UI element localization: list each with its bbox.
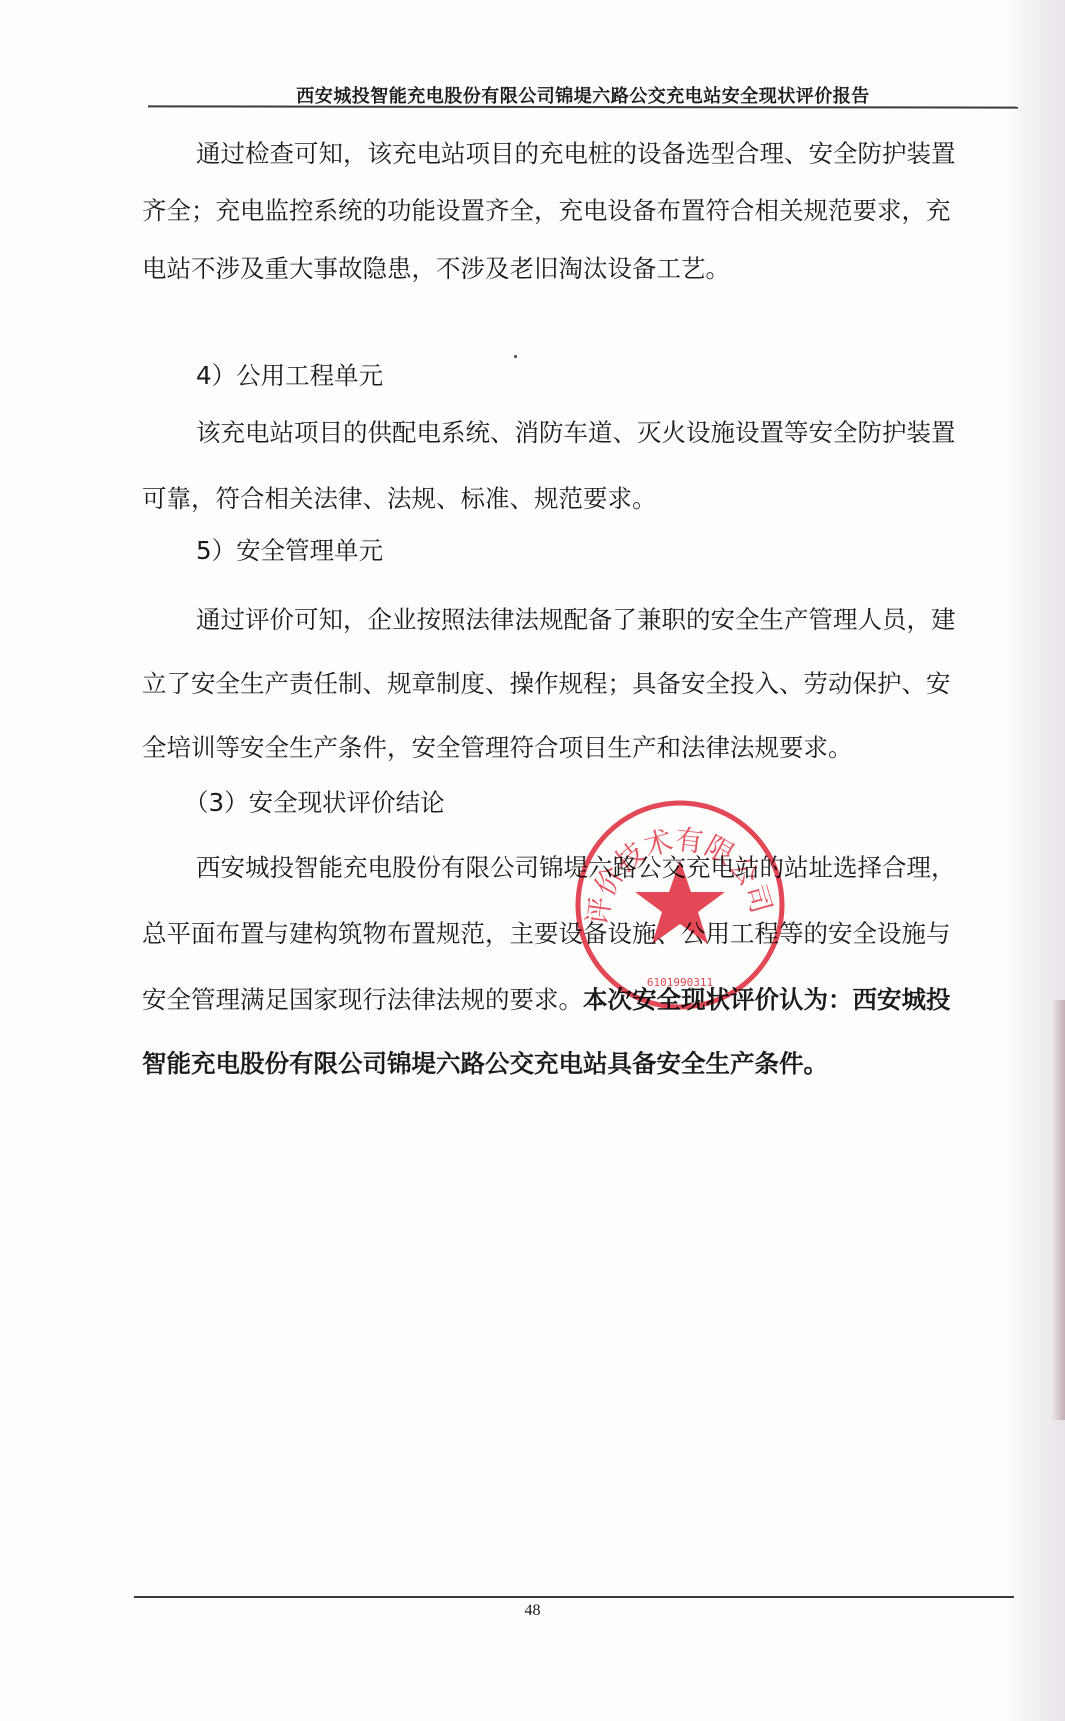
page-edge bbox=[1005, 0, 1065, 1721]
paragraph-line: 可靠，符合相关法律、法规、标准、规范要求。 bbox=[142, 483, 657, 515]
page-number: 48 bbox=[0, 1602, 1065, 1620]
paragraph-line: 通过检查可知，该充电站项目的充电桩的设备选型合理、安全防护装置 bbox=[142, 138, 956, 170]
paragraph-line: 该充电站项目的供配电系统、消防车道、灭火设施设置等安全防护装置 bbox=[142, 417, 956, 449]
section-heading-utilities: 4）公用工程单元 bbox=[142, 360, 383, 392]
conclusion-statement-bold: 智能充电股份有限公司锦堤六路公交充电站具备安全生产条件。 bbox=[142, 1048, 828, 1080]
paragraph-line: 电站不涉及重大事故隐患，不涉及老旧淘汰设备工艺。 bbox=[142, 253, 730, 285]
paragraph-line: 齐全；充电监控系统的功能设置齐全，充电设备布置符合相关规范要求，充 bbox=[142, 195, 951, 227]
company-seal-stamp: 评价技术有限公司 6101990311 bbox=[573, 798, 787, 1012]
section-heading-conclusion: （3）安全现状评价结论 bbox=[142, 787, 445, 819]
paragraph-line: 通过评价可知，企业按照法律法规配备了兼职的安全生产管理人员，建 bbox=[142, 604, 956, 636]
section-heading-safety-management: 5）安全管理单元 bbox=[142, 535, 383, 567]
paragraph-line: 安全管理满足国家现行法律法规的要求。本次安全现状评价认为：西安城投 bbox=[142, 984, 951, 1016]
footer-rule bbox=[134, 1596, 1014, 1598]
paragraph-line: 西安城投智能充电股份有限公司锦堤六路公交充电站的站址选择合理， bbox=[142, 852, 956, 884]
conclusion-text: 安全管理满足国家现行法律法规的要求。 bbox=[142, 985, 583, 1014]
paragraph-line: 总平面布置与建构筑物布置规范，主要设备设施、公用工程等的安全设施与 bbox=[142, 918, 951, 950]
header-rule bbox=[148, 105, 1018, 108]
paragraph-line: 全培训等安全生产条件，安全管理符合项目生产和法律法规要求。 bbox=[142, 732, 853, 764]
page-edge-shadow bbox=[1051, 1000, 1065, 1420]
speck bbox=[514, 355, 517, 358]
paragraph-line: 立了安全生产责任制、规章制度、操作规程；具备安全投入、劳动保护、安 bbox=[142, 668, 951, 700]
running-header-title: 西安城投智能充电股份有限公司锦堤六路公交充电站安全现状评价报告 bbox=[148, 82, 1018, 108]
conclusion-statement-bold: 本次安全现状评价认为：西安城投 bbox=[583, 985, 951, 1014]
